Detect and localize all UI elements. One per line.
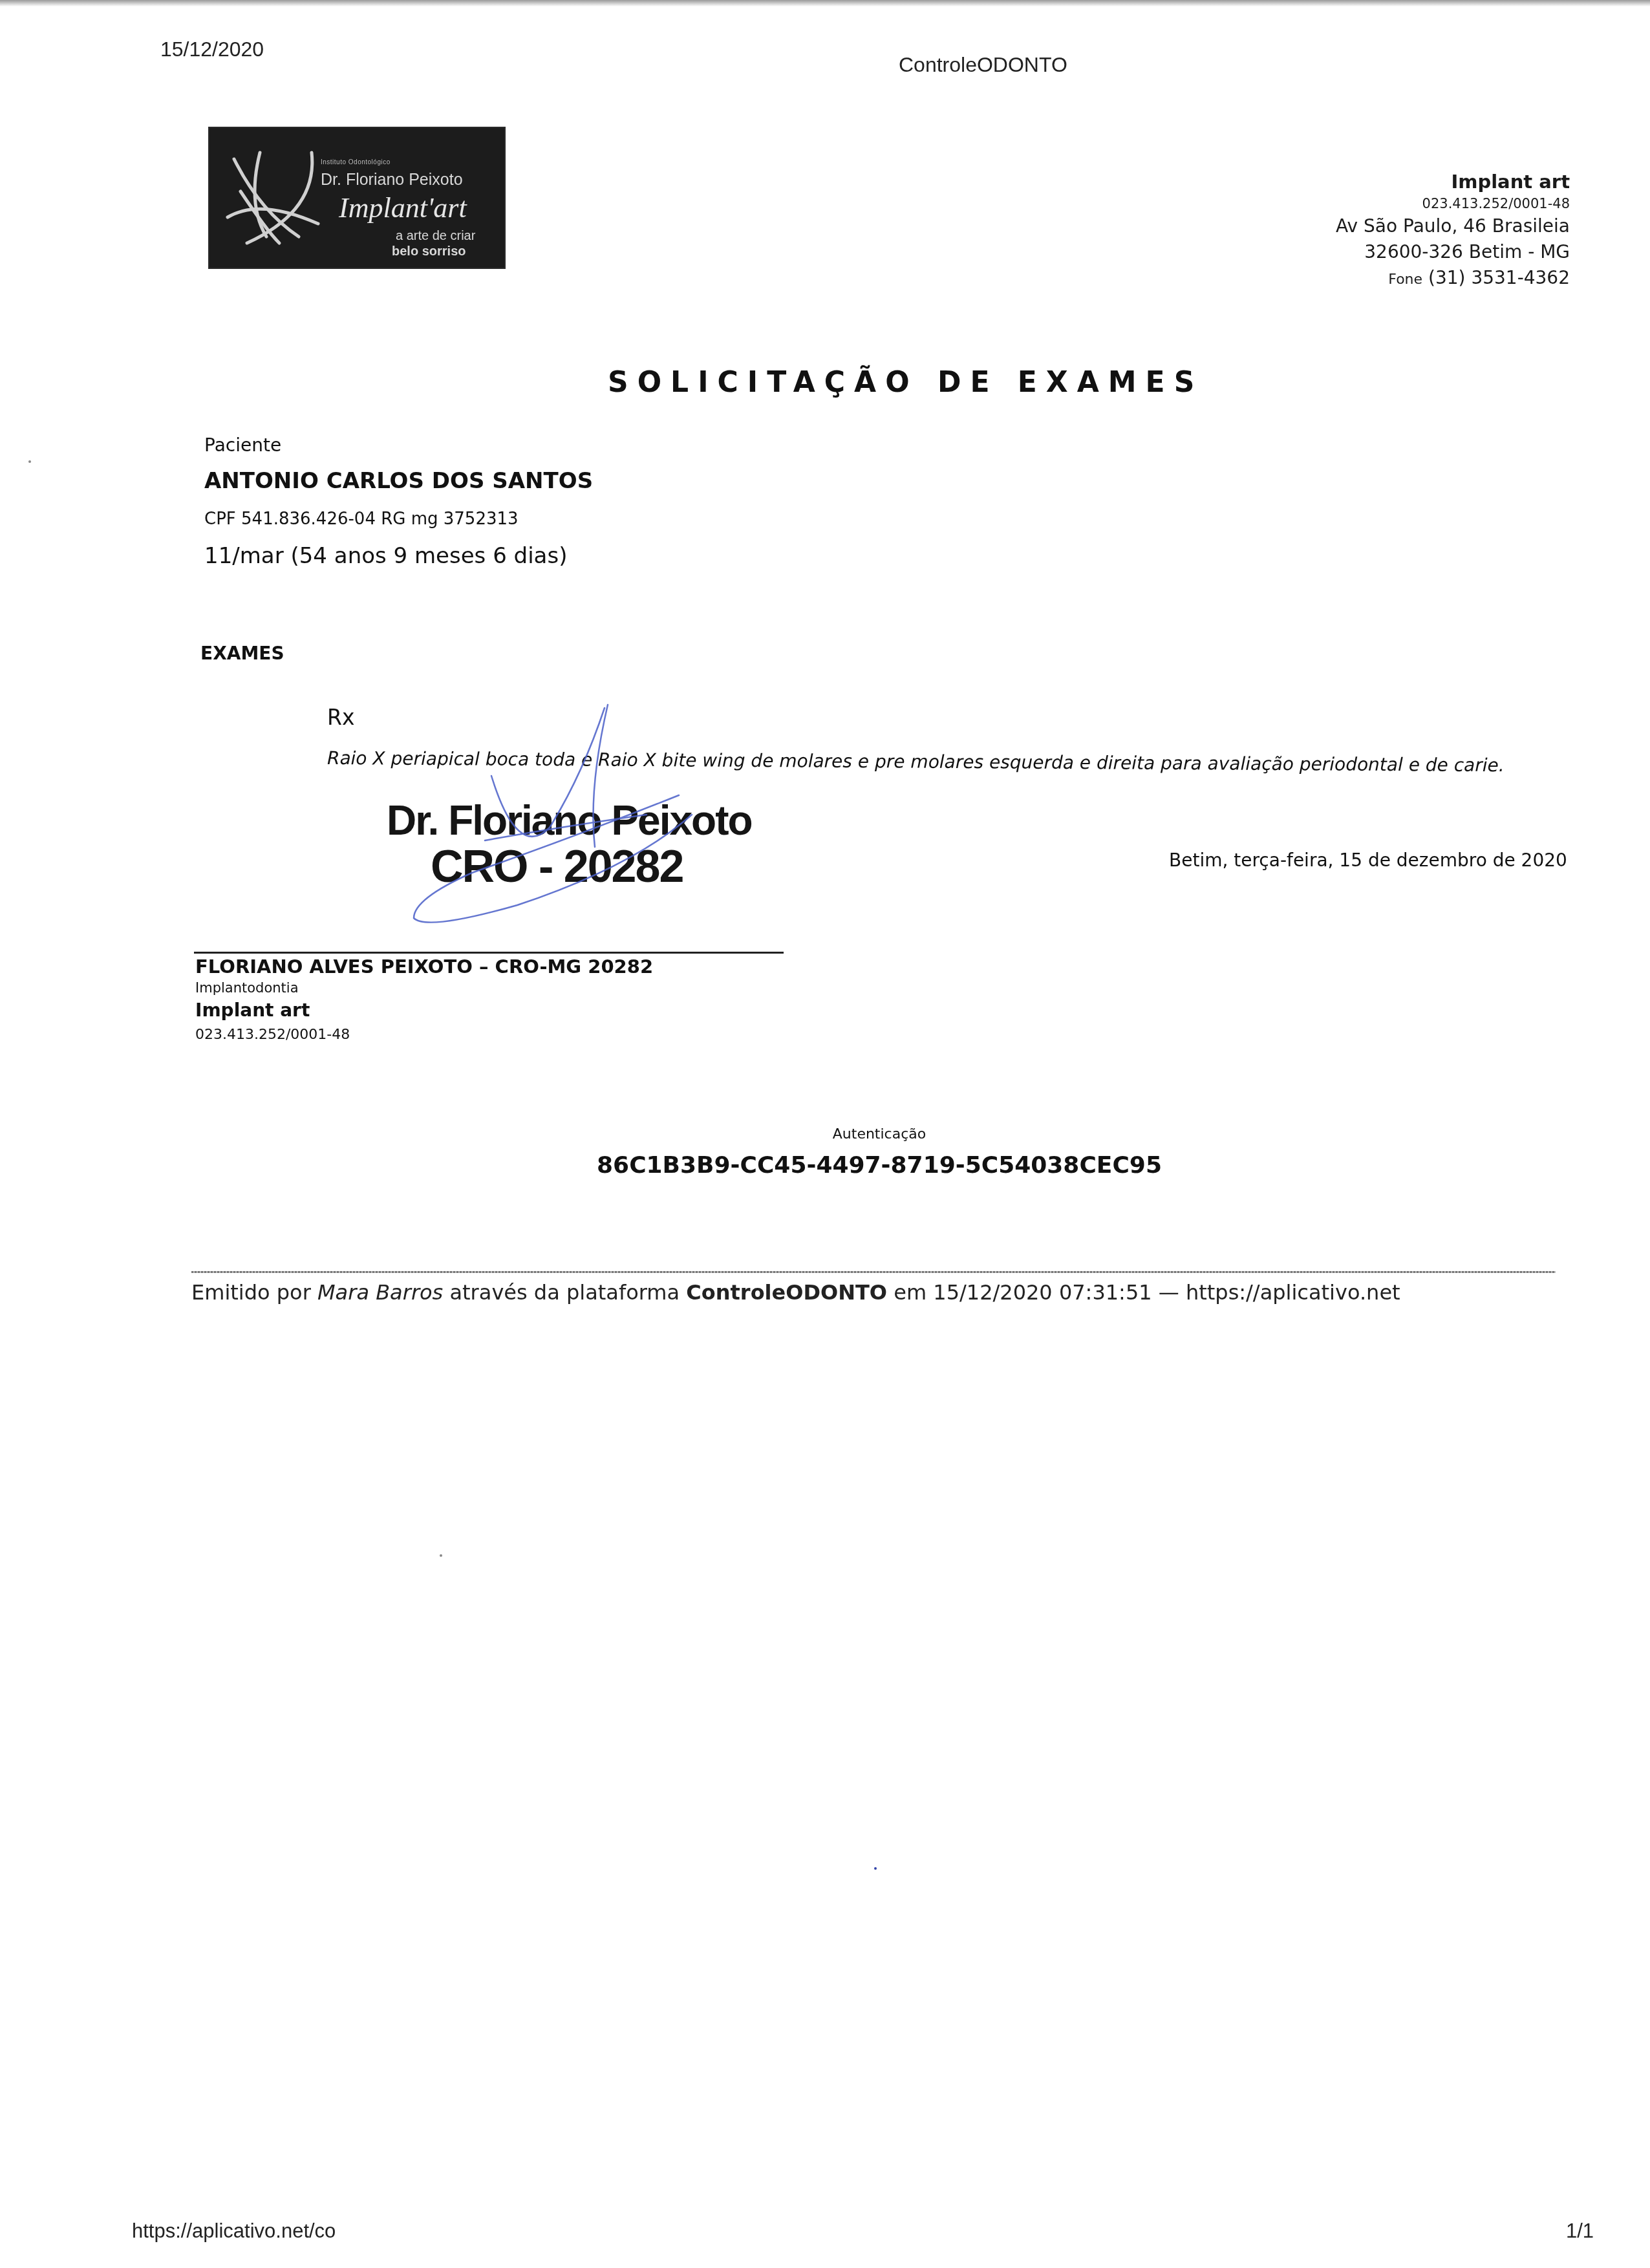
professional-specialty: Implantodontia — [195, 980, 299, 996]
patient-birth-age: 11/mar (54 anos 9 meses 6 dias) — [204, 543, 567, 569]
footer-timestamp-prefix: em — [894, 1280, 927, 1305]
exam-title: Rx — [327, 705, 354, 730]
logo-swirl-icon — [221, 140, 325, 250]
place-and-date: Betim, terça-feira, 15 de dezembro de 20… — [1169, 850, 1567, 871]
scan-speck — [874, 1867, 877, 1870]
professional-cnpj: 023.413.252/0001-48 — [195, 1027, 350, 1043]
phone-label: Fone — [1388, 272, 1422, 288]
exams-label: EXAMES — [200, 643, 284, 664]
professional-clinic: Implant art — [195, 1000, 310, 1021]
logo-brand: Implant'art — [339, 191, 467, 224]
logo-doctor: Dr. Floriano Peixoto — [321, 171, 463, 189]
professional-name: FLORIANO ALVES PEIXOTO – CRO-MG 20282 — [195, 956, 653, 978]
footer-separator: — — [1159, 1280, 1179, 1305]
logo-tagline-1: a arte de criar — [396, 229, 475, 244]
company-cnpj: 023.413.252/0001-48 — [1336, 194, 1570, 213]
footer-issuer: Mara Barros — [317, 1280, 443, 1305]
footer-middle: através da plataforma — [449, 1280, 680, 1305]
clinic-logo: Instituto Odontológico Dr. Floriano Peix… — [208, 127, 506, 269]
company-info: Implant art 023.413.252/0001-48 Av São P… — [1336, 169, 1570, 293]
scan-speck — [440, 1554, 442, 1557]
scan-speck — [28, 460, 31, 463]
footer-divider — [191, 1271, 1556, 1273]
signature-line — [194, 952, 784, 954]
handwritten-signature-icon — [388, 698, 724, 944]
print-date: 15/12/2020 — [160, 37, 264, 61]
authentication-label: Autenticação — [0, 1126, 1650, 1142]
company-name: Implant art — [1336, 169, 1570, 194]
scan-top-edge — [0, 0, 1650, 6]
issued-by-footer: Emitido por Mara Barros através da plata… — [191, 1280, 1400, 1305]
patient-name: ANTONIO CARLOS DOS SANTOS — [204, 468, 593, 494]
footer-prefix: Emitido por — [191, 1280, 311, 1305]
footer-platform: ControleODONTO — [686, 1280, 887, 1305]
patient-documents: CPF 541.836.426-04 RG mg 3752313 — [204, 509, 519, 529]
patient-label: Paciente — [204, 434, 281, 456]
company-city: 32600-326 Betim - MG — [1336, 239, 1570, 265]
company-phone: Fone (31) 3531-4362 — [1336, 265, 1570, 293]
company-address: Av São Paulo, 46 Brasileia — [1336, 213, 1570, 239]
print-url[interactable]: https://aplicativo.net/co — [132, 2220, 336, 2243]
footer-url[interactable]: https://aplicativo.net — [1186, 1280, 1400, 1305]
phone-number: (31) 3531-4362 — [1428, 267, 1570, 288]
print-page-number: 1/1 — [1566, 2220, 1594, 2243]
footer-timestamp: 15/12/2020 07:31:51 — [933, 1280, 1152, 1305]
authentication-code: 86C1B3B9-CC45-4497-8719-5C54038CEC95 — [0, 1152, 1650, 1179]
document-title: SOLICITAÇÃO DE EXAMES — [608, 366, 1203, 399]
logo-institute: Instituto Odontológico — [321, 159, 391, 166]
print-title: ControleODONTO — [899, 53, 1067, 77]
logo-tagline-2: belo sorriso — [392, 244, 466, 259]
